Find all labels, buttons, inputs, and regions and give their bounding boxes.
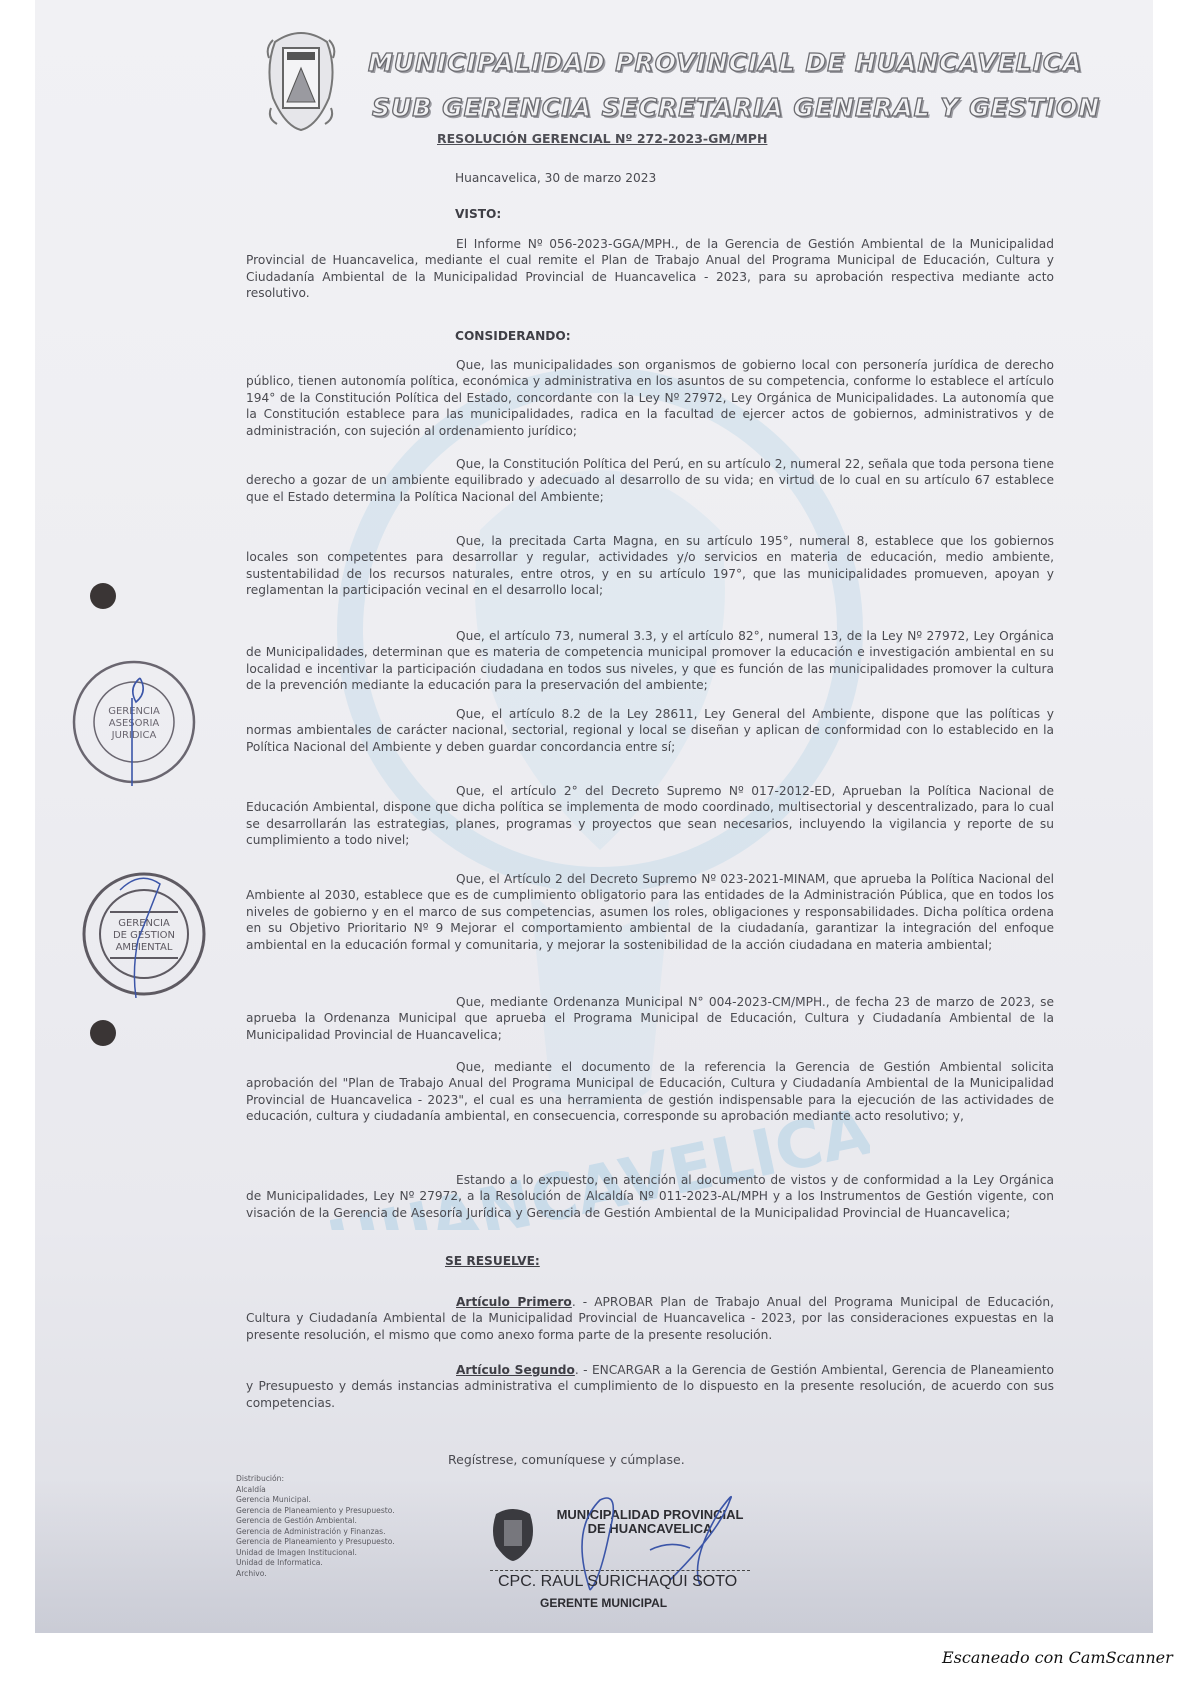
considerando-paragraph: Que, el artículo 73, numeral 3.3, y el a… [246, 628, 1054, 694]
header-subgerencia: SUB GERENCIA SECRETARIA GENERAL Y GESTIO… [372, 93, 1100, 122]
considerando-paragraph: Que, mediante Ordenanza Municipal N° 004… [246, 994, 1054, 1043]
se-resuelve-heading: SE RESUELVE: [445, 1253, 540, 1269]
svg-text:AMBIENTAL: AMBIENTAL [116, 942, 173, 953]
considerando-paragraph: Estando a lo expuesto, en atención al do… [246, 1172, 1054, 1221]
closing-formula: Regístrese, comuníquese y cúmplase. [448, 1452, 685, 1468]
municipal-crest-icon [265, 28, 337, 132]
article-segundo: Artículo Segundo. - ENCARGAR a la Gerenc… [246, 1362, 1054, 1411]
svg-text:DE GESTION: DE GESTION [113, 930, 175, 941]
considerando-paragraph: Que, mediante el documento de la referen… [246, 1059, 1054, 1125]
punch-hole [90, 1020, 116, 1046]
svg-text:JURIDICA: JURIDICA [111, 730, 157, 741]
camscanner-label: Escaneado con CamScanner [942, 1648, 1173, 1667]
considerando-paragraph: Que, el artículo 8.2 de la Ley 28611, Le… [246, 706, 1054, 755]
visto-paragraph: El Informe Nº 056-2023-GGA/MPH., de la G… [246, 236, 1054, 302]
considerando-paragraph: Que, el artículo 2° del Decreto Supremo … [246, 783, 1054, 849]
stamp-asesoria-juridica: GERENCIA ASESORIA JURIDICA [70, 658, 198, 786]
svg-text:GERENCIA: GERENCIA [108, 706, 160, 717]
considerando-paragraph: Que, la precitada Carta Magna, en su art… [246, 533, 1054, 599]
svg-text:ASESORIA: ASESORIA [109, 718, 160, 729]
distribution-list: Distribución: Alcaldía Gerencia Municipa… [236, 1474, 395, 1579]
considerando-paragraph: Que, las municipalidades son organismos … [246, 357, 1054, 439]
signatory-name: CPC. RAUL SURICHAQUI SOTO [498, 1573, 737, 1591]
resolution-title: RESOLUCIÓN GERENCIAL Nº 272-2023-GM/MPH [437, 131, 767, 147]
signatory-role: GERENTE MUNICIPAL [540, 1596, 667, 1610]
document-date: Huancavelica, 30 de marzo 2023 [455, 170, 656, 186]
considerando-heading: CONSIDERANDO: [455, 328, 571, 344]
header-municipality: MUNICIPALIDAD PROVINCIAL DE HUANCAVELICA [368, 48, 1083, 77]
considerando-paragraph: Que, la Constitución Política del Perú, … [246, 456, 1054, 505]
visto-heading: VISTO: [455, 206, 501, 222]
stamp-gestion-ambiental: GERENCIA DE GESTION AMBIENTAL [80, 870, 208, 998]
signature-block: MUNICIPALIDAD PROVINCIAL DE HUANCAVELICA… [490, 1500, 750, 1610]
considerando-paragraph: Que, el Artículo 2 del Decreto Supremo N… [246, 871, 1054, 953]
article-primero: Artículo Primero. - APROBAR Plan de Trab… [246, 1294, 1054, 1343]
punch-hole [90, 583, 116, 609]
